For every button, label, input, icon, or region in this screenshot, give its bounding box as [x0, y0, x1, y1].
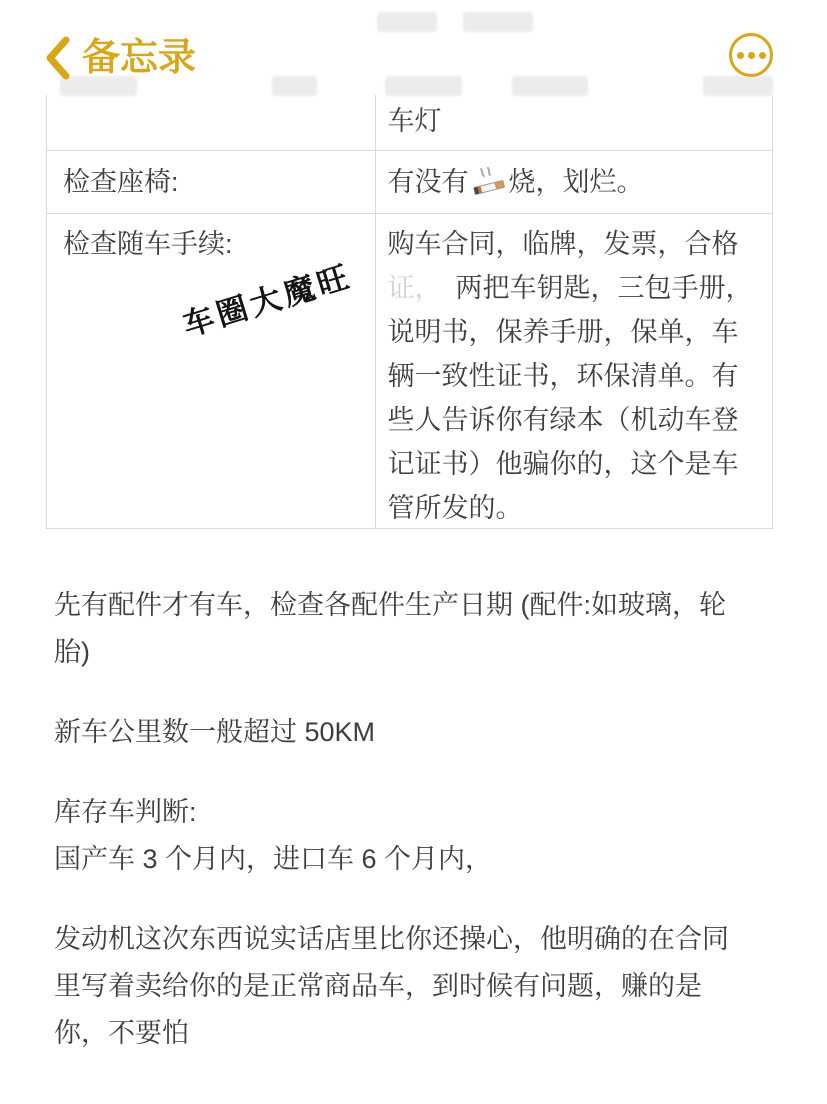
seat-check-text-after: 烧，划烂。	[509, 167, 644, 197]
cigarette-emoji-icon	[471, 165, 507, 209]
table-cell-label	[47, 95, 376, 150]
note-paragraph: 库存车判断: 国产车 3 个月内，进口车 6 个月内，	[54, 789, 760, 883]
documents-text-part1: 购车合同，临牌，发票，合格	[388, 229, 739, 259]
more-options-button[interactable]	[729, 33, 773, 77]
note-paragraph: 发动机这次东西说实话店里比你还操心，他明确的在合同 里写着卖给你的是正常商品车，…	[54, 916, 760, 1057]
ellipsis-icon	[759, 52, 766, 59]
table-cell-content: 有没有 烧，划烂。	[376, 151, 772, 213]
note-paragraph: 新车公里数一般超过 50KM	[54, 709, 760, 756]
seat-check-text-before: 有没有	[388, 167, 469, 197]
table-row: 检查随车手续: 购车合同，临牌，发票，合格 证，两把车钥匙，三包手册， 说明书，…	[47, 214, 772, 529]
documents-text-part2: 两把车钥匙，三包手册， 说明书，保养手册，保单，车 辆一致性证书，环保清单。有 …	[388, 273, 753, 523]
ellipsis-icon	[748, 52, 755, 59]
back-chevron-icon	[44, 36, 70, 80]
back-button[interactable]: 备忘录	[44, 34, 196, 82]
table-row: 检查座椅: 有没有 烧，划烂。	[47, 151, 772, 214]
ellipsis-icon	[737, 52, 744, 59]
table-cell-content: 车灯	[376, 95, 772, 150]
note-body: 先有配件才有车，检查各配件生产日期 (配件:如玻璃，轮 胎) 新车公里数一般超过…	[54, 582, 760, 1090]
checklist-table: 车灯 检查座椅: 有没有 烧，划烂。 检查随车手续: 购车合同，临牌，发票，合格…	[46, 95, 773, 529]
back-button-label: 备忘录	[82, 34, 196, 82]
table-cell-label: 检查座椅:	[47, 151, 376, 213]
note-paragraph: 先有配件才有车，检查各配件生产日期 (配件:如玻璃，轮 胎)	[54, 582, 760, 676]
table-cell-content: 购车合同，临牌，发票，合格 证，两把车钥匙，三包手册， 说明书，保养手册，保单，…	[376, 214, 772, 528]
notes-app-screen: 备忘录 车灯 检查座椅: 有没有 烧，划烂	[0, 0, 827, 1104]
nav-bar: 备忘录	[0, 0, 827, 92]
table-row: 车灯	[47, 95, 772, 151]
faded-character: 证，	[388, 273, 442, 303]
